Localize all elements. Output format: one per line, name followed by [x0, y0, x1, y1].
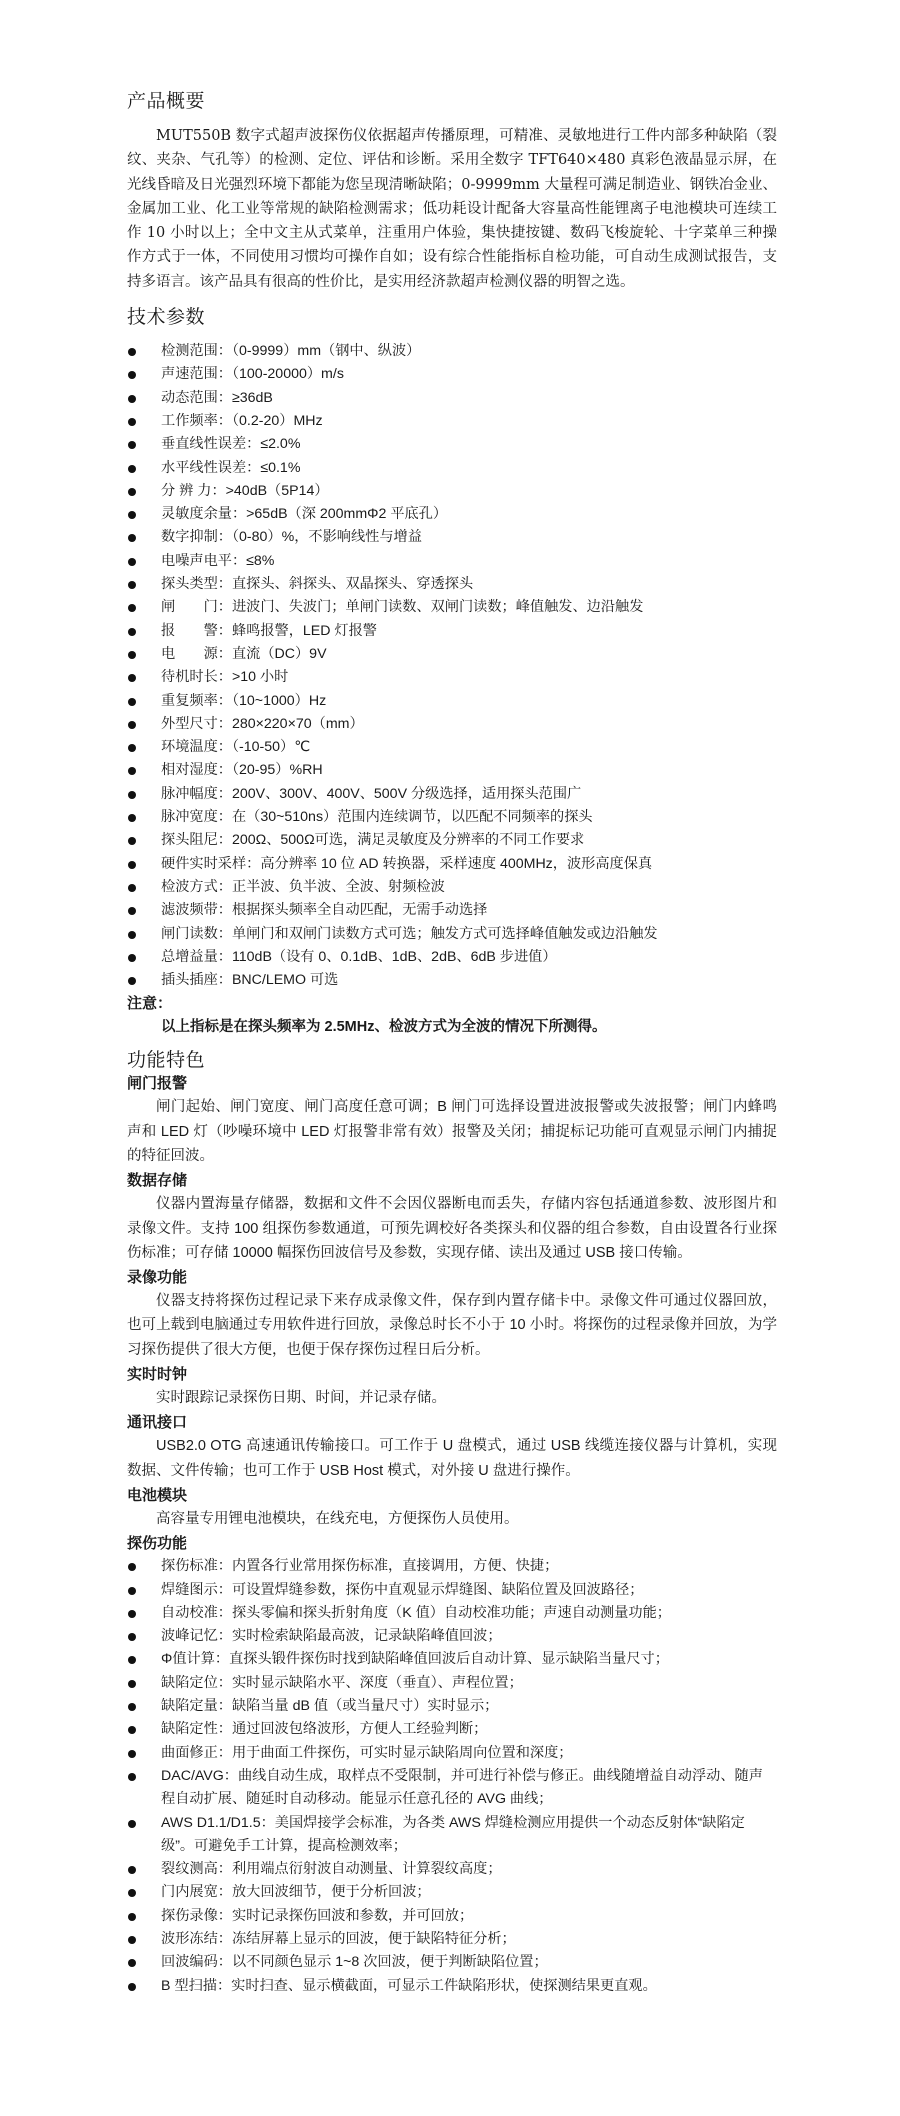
feature-text: 高容量专用锂电池模块，在线充电，方便探伤人员使用。 [127, 1507, 777, 1531]
inspection-item: 门内展宽：放大回波细节，便于分析回波； [127, 1881, 777, 1904]
bullet-icon [128, 907, 136, 915]
spec-item: 闸 门：进波门、失波门；单闸门读数、双闸门读数；峰值触发、边沿触发 [127, 596, 777, 619]
inspection-item: 缺陷定位：实时显示缺陷水平、深度（垂直）、声程位置； [127, 1672, 777, 1695]
bullet-icon [128, 441, 136, 449]
bullet-icon [128, 1750, 136, 1758]
feature-inspection: 探伤功能 探伤标准：内置各行业常用探伤标准，直接调用，方便、快捷； 焊缝图示：可… [127, 1531, 777, 1998]
overview-title: 产品概要 [127, 88, 777, 114]
bullet-icon [128, 1703, 136, 1711]
feature-battery-module: 电池模块 高容量专用锂电池模块，在线充电，方便探伤人员使用。 [127, 1483, 777, 1531]
bullet-icon [128, 1983, 136, 1991]
bullet-icon [128, 931, 136, 939]
spec-item: 外型尺寸：280×220×70（mm） [127, 713, 777, 736]
bullet-icon [128, 674, 136, 682]
bullet-icon [128, 1959, 136, 1967]
note-label: 注意： [127, 992, 777, 1015]
spec-item: 脉冲幅度：200V、300V、400V、500V 分级选择，适用探头范围广 [127, 783, 777, 806]
inspection-item: 回波编码：以不同颜色显示 1~8 次回波，便于判断缺陷位置； [127, 1951, 777, 1974]
features-title: 功能特色 [127, 1049, 777, 1071]
note-text: 以上指标是在探头频率为 2.5MHz、检波方式为全波的情况下所测得。 [127, 1015, 777, 1039]
feature-text: USB2.0 OTG 高速通讯传输接口。可工作于 U 盘模式，通过 USB 线缆… [127, 1434, 777, 1483]
bullet-icon [128, 1587, 136, 1595]
spec-item: 水平线性误差：≤0.1% [127, 457, 777, 480]
bullet-icon [128, 488, 136, 496]
spec-item: 相对湿度：（20-95）%RH [127, 759, 777, 782]
inspection-item: 缺陷定性：通过回波包络波形，方便人工经验判断； [127, 1718, 777, 1741]
inspection-item: 焊缝图示：可设置焊缝参数，探伤中直观显示焊缝图、缺陷位置及回波路径； [127, 1579, 777, 1602]
overview-section: 产品概要 MUT550B 数字式超声波探伤仪依据超声传播原理，可精准、灵敏地进行… [127, 88, 777, 294]
bullet-icon [128, 418, 136, 426]
spec-item: 灵敏度余量：>65dB（深 200mmΦ2 平底孔） [127, 503, 777, 526]
bullet-icon [128, 1563, 136, 1571]
inspection-item: AWS D1.1/D1.5：美国焊接学会标准，为各类 AWS 焊缝检测应用提供一… [127, 1812, 777, 1859]
bullet-icon [128, 604, 136, 612]
inspection-list: 探伤标准：内置各行业常用探伤标准，直接调用，方便、快捷； 焊缝图示：可设置焊缝参… [127, 1555, 777, 1998]
bullet-icon [128, 1936, 136, 1944]
feature-heading: 探伤功能 [127, 1531, 777, 1555]
bullet-icon [128, 465, 136, 473]
overview-paragraph: MUT550B 数字式超声波探伤仪依据超声传播原理，可精准、灵敏地进行工件内部多… [127, 124, 777, 294]
specs-list: 检测范围：（0-9999）mm（钢中、纵波） 声速范围：（100-20000）m… [127, 340, 777, 992]
spec-item: 探头阻尼：200Ω、500Ω可选，满足灵敏度及分辨率的不同工作要求 [127, 829, 777, 852]
inspection-item: 曲面修正：用于曲面工件探伤，可实时显示缺陷周向位置和深度； [127, 1742, 777, 1765]
spec-item: 总增益量：110dB（设有 0、0.1dB、1dB、2dB、6dB 步进值） [127, 946, 777, 969]
inspection-item: Φ值计算：直探头锻件探伤时找到缺陷峰值回波后自动计算、显示缺陷当量尺寸； [127, 1648, 777, 1671]
bullet-icon [128, 884, 136, 892]
inspection-item: 波峰记忆：实时检索缺陷最高波，记录缺陷峰值回波； [127, 1625, 777, 1648]
spec-item: 滤波频带：根据探头频率全自动匹配，无需手动选择 [127, 899, 777, 922]
feature-text: 仪器支持将探伤过程记录下来存成录像文件，保存到内置存储卡中。录像文件可通过仪器回… [127, 1289, 777, 1362]
spec-item: 声速范围：（100-20000）m/s [127, 363, 777, 386]
spec-item: 重复频率：（10~1000）Hz [127, 690, 777, 713]
inspection-item: 缺陷定量：缺陷当量 dB 值（或当量尺寸）实时显示； [127, 1695, 777, 1718]
specs-title: 技术参数 [127, 304, 777, 330]
inspection-item: 裂纹测高：利用端点衍射波自动测量、计算裂纹高度； [127, 1858, 777, 1881]
feature-heading: 录像功能 [127, 1265, 777, 1289]
spec-item: 检波方式：正半波、负半波、全波、射频检波 [127, 876, 777, 899]
inspection-item: 探伤标准：内置各行业常用探伤标准，直接调用，方便、快捷； [127, 1555, 777, 1578]
spec-item: 插头插座：BNC/LEMO 可选 [127, 969, 777, 992]
bullet-icon [128, 954, 136, 962]
spec-item: 硬件实时采样：高分辨率 10 位 AD 转换器，采样速度 400MHz，波形高度… [127, 853, 777, 876]
spec-item: 检测范围：（0-9999）mm（钢中、纵波） [127, 340, 777, 363]
inspection-item: 探伤录像：实时记录探伤回波和参数，并可回放； [127, 1905, 777, 1928]
bullet-icon [128, 977, 136, 985]
feature-heading: 数据存储 [127, 1168, 777, 1192]
spec-item: 垂直线性误差：≤2.0% [127, 433, 777, 456]
bullet-icon [128, 698, 136, 706]
document-page: 产品概要 MUT550B 数字式超声波探伤仪依据超声传播原理，可精准、灵敏地进行… [127, 88, 777, 1998]
bullet-icon [128, 814, 136, 822]
spec-item: 待机时长：>10 小时 [127, 666, 777, 689]
bullet-icon [128, 1913, 136, 1921]
bullet-icon [128, 371, 136, 379]
feature-video-recording: 录像功能 仪器支持将探伤过程记录下来存成录像文件，保存到内置存储卡中。录像文件可… [127, 1265, 777, 1362]
bullet-icon [128, 534, 136, 542]
spec-item: 闸门读数：单闸门和双闸门读数方式可选；触发方式可选择峰值触发或边沿触发 [127, 923, 777, 946]
feature-data-storage: 数据存储 仪器内置海量存储器，数据和文件不会因仪器断电而丢失，存储内容包括通道参… [127, 1168, 777, 1265]
bullet-icon [128, 1820, 136, 1828]
inspection-item: B 型扫描：实时扫查、显示横截面，可显示工件缺陷形状，使探测结果更直观。 [127, 1975, 777, 1998]
spec-item: 探头类型：直探头、斜探头、双晶探头、穿透探头 [127, 573, 777, 596]
bullet-icon [128, 1773, 136, 1781]
inspection-item: 波形冻结：冻结屏幕上显示的回波，便于缺陷特征分析； [127, 1928, 777, 1951]
spec-item: 分 辨 力：>40dB（5P14） [127, 480, 777, 503]
spec-item: 数字抑制：（0-80）%，不影响线性与增益 [127, 526, 777, 549]
bullet-icon [128, 1656, 136, 1664]
bullet-icon [128, 651, 136, 659]
feature-comm-interface: 通讯接口 USB2.0 OTG 高速通讯传输接口。可工作于 U 盘模式，通过 U… [127, 1410, 777, 1483]
feature-text: 闸门起始、闸门宽度、闸门高度任意可调；B 闸门可选择设置进波报警或失波报警；闸门… [127, 1095, 777, 1168]
bullet-icon [128, 1889, 136, 1897]
bullet-icon [128, 581, 136, 589]
bullet-icon [128, 837, 136, 845]
bullet-icon [128, 1866, 136, 1874]
bullet-icon [128, 1633, 136, 1641]
spec-item: 电噪声电平：≤8% [127, 550, 777, 573]
bullet-icon [128, 744, 136, 752]
bullet-icon [128, 791, 136, 799]
feature-gate-alarm: 闸门报警 闸门起始、闸门宽度、闸门高度任意可调；B 闸门可选择设置进波报警或失波… [127, 1071, 777, 1168]
spec-item: 环境温度：（-10-50）℃ [127, 736, 777, 759]
bullet-icon [128, 861, 136, 869]
specs-section: 技术参数 检测范围：（0-9999）mm（钢中、纵波） 声速范围：（100-20… [127, 304, 777, 1039]
feature-text: 实时跟踪记录探伤日期、时间，并记录存储。 [127, 1386, 777, 1410]
feature-heading: 通讯接口 [127, 1410, 777, 1434]
bullet-icon [128, 767, 136, 775]
feature-heading: 电池模块 [127, 1483, 777, 1507]
bullet-icon [128, 558, 136, 566]
feature-realtime-clock: 实时时钟 实时跟踪记录探伤日期、时间，并记录存储。 [127, 1362, 777, 1410]
spec-item: 报 警：蜂鸣报警，LED 灯报警 [127, 620, 777, 643]
bullet-icon [128, 511, 136, 519]
feature-heading: 闸门报警 [127, 1071, 777, 1095]
inspection-item: DAC/AVG：曲线自动生成，取样点不受限制，并可进行补偿与修正。曲线随增益自动… [127, 1765, 777, 1812]
spec-item: 电 源：直流（DC）9V [127, 643, 777, 666]
bullet-icon [128, 721, 136, 729]
bullet-icon [128, 348, 136, 356]
inspection-item: 自动校准：探头零偏和探头折射角度（K 值）自动校准功能；声速自动测量功能； [127, 1602, 777, 1625]
bullet-icon [128, 395, 136, 403]
feature-heading: 实时时钟 [127, 1362, 777, 1386]
bullet-icon [128, 1680, 136, 1688]
spec-item: 脉冲宽度：在（30~510ns）范围内连续调节，以匹配不同频率的探头 [127, 806, 777, 829]
feature-text: 仪器内置海量存储器，数据和文件不会因仪器断电而丢失，存储内容包括通道参数、波形图… [127, 1192, 777, 1265]
spec-item: 工作频率：（0.2-20）MHz [127, 410, 777, 433]
bullet-icon [128, 1726, 136, 1734]
bullet-icon [128, 628, 136, 636]
bullet-icon [128, 1610, 136, 1618]
features-section: 功能特色 闸门报警 闸门起始、闸门宽度、闸门高度任意可调；B 闸门可选择设置进波… [127, 1049, 777, 1998]
spec-item: 动态范围：≥36dB [127, 387, 777, 410]
